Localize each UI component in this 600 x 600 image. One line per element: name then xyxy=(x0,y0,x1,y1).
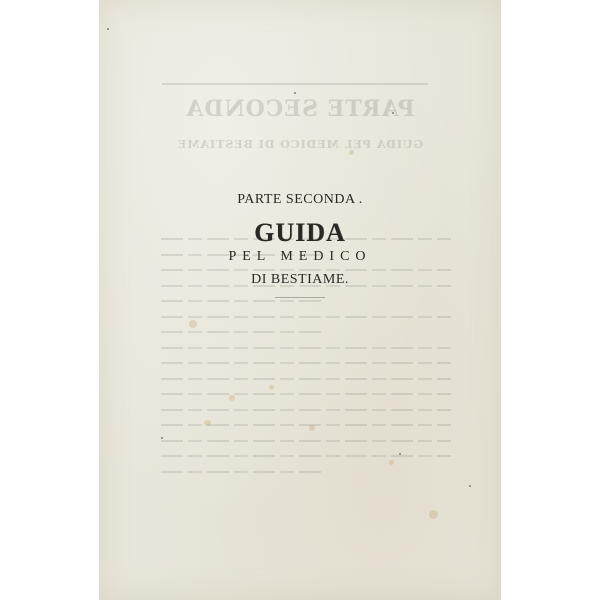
show-through-line xyxy=(161,440,451,442)
book-page: PARTE SECONDA GUIDA PEL MEDICO DI BESTIA… xyxy=(99,0,501,600)
show-through-line xyxy=(161,316,451,318)
show-through-line xyxy=(161,347,451,349)
show-through-heading: PARTE SECONDA xyxy=(99,96,501,122)
decorative-rule xyxy=(275,297,325,298)
show-through-line xyxy=(161,393,451,395)
show-through-line xyxy=(161,378,451,380)
show-through-rule xyxy=(162,83,428,85)
foxing-spot xyxy=(204,420,211,426)
ink-speck xyxy=(294,92,296,94)
foxing-spot xyxy=(229,395,235,401)
show-through-line xyxy=(161,455,451,457)
main-title: GUIDA xyxy=(99,218,501,248)
ink-speck xyxy=(469,485,471,487)
ink-speck xyxy=(399,453,401,455)
foxing-spot xyxy=(269,385,274,390)
show-through-subheading: GUIDA PEL MEDICO DI BESTIAME xyxy=(99,138,501,151)
ink-speck xyxy=(161,437,163,439)
show-through-line xyxy=(161,331,321,333)
show-through-line xyxy=(161,471,321,473)
foxing-spot xyxy=(389,460,394,465)
show-through-line xyxy=(161,362,451,364)
ink-speck xyxy=(107,28,109,30)
foxing-spot xyxy=(349,150,354,155)
foxing-spot xyxy=(429,510,438,519)
part-heading: PARTE SECONDA . xyxy=(99,192,501,208)
subtitle-line-1: PEL MEDICO xyxy=(99,249,501,265)
foxing-spot xyxy=(189,320,197,328)
foxing-spot xyxy=(309,425,315,431)
show-through-line xyxy=(161,300,321,302)
ink-speck xyxy=(392,112,394,114)
subtitle-line-2: DI BESTIAME. xyxy=(99,272,501,288)
show-through-line xyxy=(161,409,451,411)
show-through-line xyxy=(161,269,451,271)
